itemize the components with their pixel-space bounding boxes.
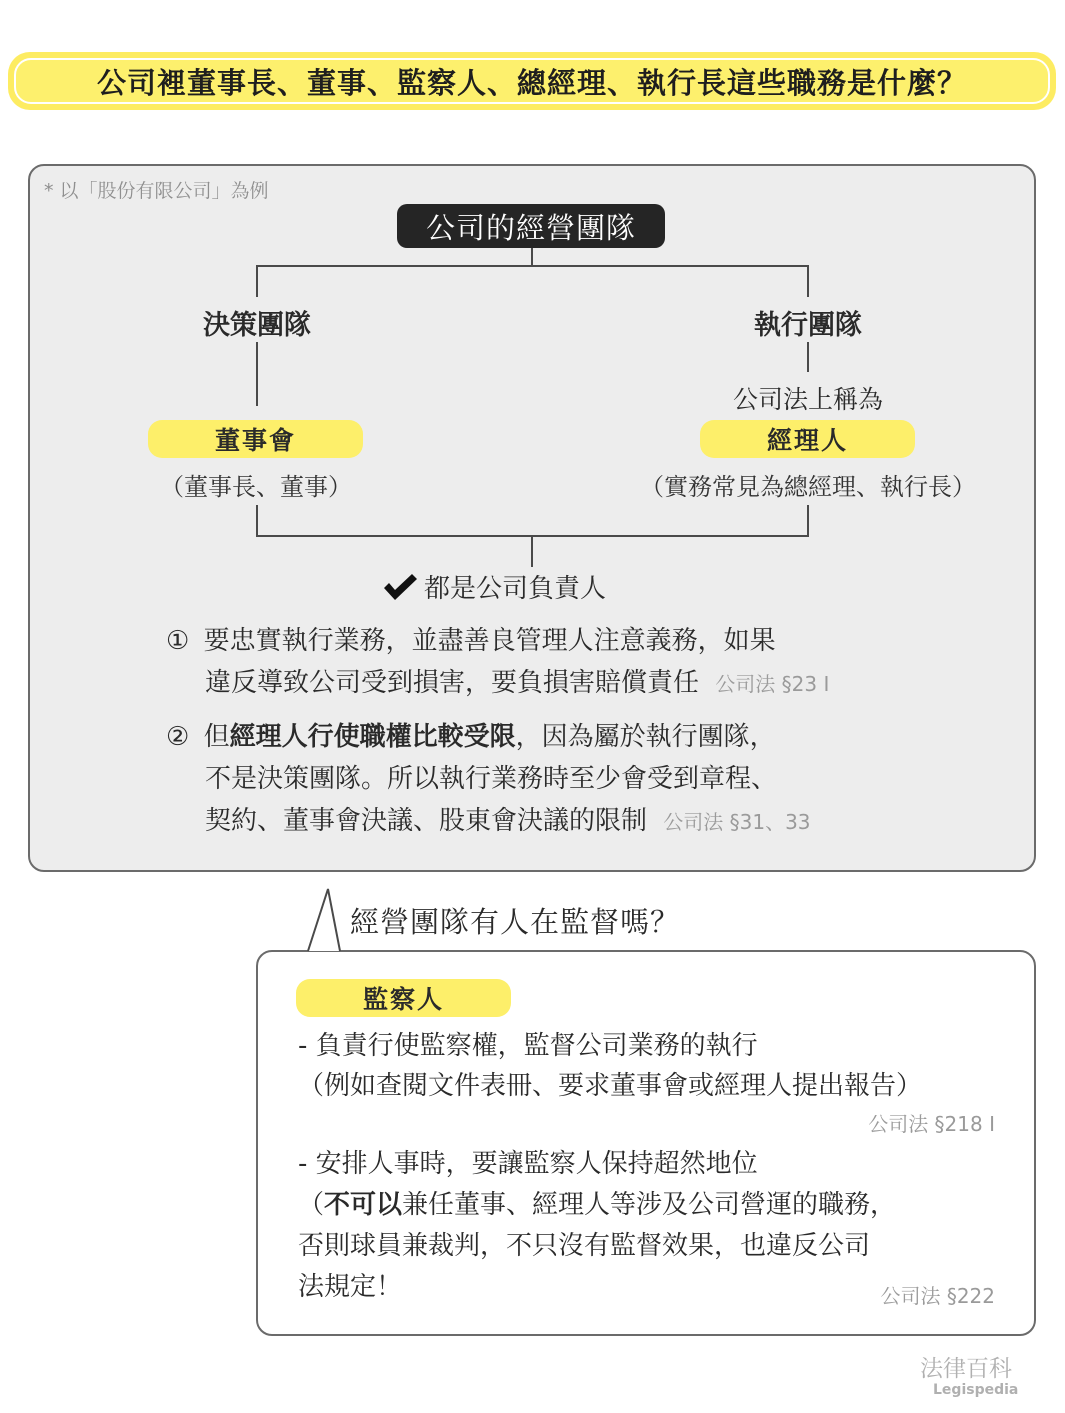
board-of-directors-label: 董事會 [215,421,296,457]
duty-point-1-text: 要忠實執行業務，並盡善良管理人注意義務，如果 [204,626,776,656]
conclusion-row: 都是公司負責人 [382,568,606,605]
duty-point-1: ① 要忠實執行業務，並盡善良管理人注意義務，如果 違反導致公司受到損害，要負損害… [166,620,829,705]
duty-point-2-line3: 契約、董事會決議、股東會決議的限制 公司法 §31、33 [166,800,811,843]
legal-term-caption: 公司法上稱為 [708,380,908,416]
connector-right-mid [807,342,809,372]
supervisor-pill: 監察人 [296,979,511,1017]
supervisor-item-2-line4: 法規定！ [298,1267,896,1308]
decision-team-heading: 決策團隊 [157,303,357,342]
connector-bottom-down [531,535,533,567]
supervision-question: 經營團隊有人在監督嗎？ [350,900,680,941]
supervisor-item-2-line2: （不可以兼任董事、經理人等涉及公司營運的職務， [298,1185,896,1226]
root-node-management-team: 公司的經營團隊 [397,204,665,248]
duty-point-2-line2: 不是決策團隊。所以執行業務時至少會受到章程、 [166,758,811,800]
citation-art-23: 公司法 §23 I [715,672,829,696]
duty-point-1-line1: ① 要忠實執行業務，並盡善良管理人注意義務，如果 [166,620,829,662]
brand-logo-en: Legispedia [933,1382,1018,1398]
duty-point-2-suffix: ，因為屬於執行團隊， [516,722,776,752]
connector-left-mid [256,342,258,406]
title-banner: 公司裡董事長、董事、監察人、總經理、執行長這些職務是什麼？ [8,52,1056,110]
supervisor-item-2-line3: 否則球員兼裁判，不只沒有監督效果，也違反公司 [298,1226,896,1267]
duty-point-1-text-2: 違反導致公司受到損害，要負損害賠償責任 [205,668,699,698]
point-marker-2: ② [166,722,189,752]
brand-logo-zh: 法律百科 [920,1350,1012,1383]
connector-left-down [256,265,258,297]
manager-examples-note: （實務常見為總經理、執行長） [608,467,1008,502]
manager-pill: 經理人 [700,420,915,458]
connector-right-bottom [807,505,809,537]
supervisor-item-2-suffix: 兼任董事、經理人等涉及公司營運的職務， [402,1190,896,1220]
conclusion-text: 都是公司負責人 [424,568,606,605]
citation-art-31-33: 公司法 §31、33 [663,810,810,834]
citation-art-222: 公司法 §222 [880,1280,995,1309]
connector-left-bottom [256,505,258,537]
connector-top-horizontal [256,265,809,267]
manager-label: 經理人 [767,421,848,457]
supervisor-item-2-prefix: （ [298,1190,324,1220]
page-title: 公司裡董事長、董事、監察人、總經理、執行長這些職務是什麼？ [97,61,967,102]
connector-right-down [807,265,809,297]
duty-point-2-text-2: 不是決策團隊。所以執行業務時至少會受到章程、 [205,764,777,794]
supervisor-item-2-emphasis: 不可以 [324,1190,402,1220]
checkmark-icon [382,572,418,602]
board-members-note: （董事長、董事） [146,467,366,502]
duty-point-2: ② 但經理人行使職權比較受限，因為屬於執行團隊， 不是決策團隊。所以執行業務時至… [166,716,811,843]
citation-art-218: 公司法 §218 I [868,1108,995,1137]
root-node-label: 公司的經營團隊 [426,206,636,247]
duty-point-1-line2: 違反導致公司受到損害，要負損害賠償責任 公司法 §23 I [166,662,829,705]
supervisor-item-2: - 安排人事時，要讓監察人保持超然地位 （不可以兼任董事、經理人等涉及公司營運的… [298,1144,896,1308]
example-note: * 以「股份有限公司」為例 [44,176,269,203]
supervisor-label: 監察人 [363,980,444,1016]
executive-team-heading: 執行團隊 [708,303,908,342]
board-of-directors-pill: 董事會 [148,420,363,458]
point-marker-1: ① [166,626,189,656]
duty-point-2-prefix: 但 [204,722,230,752]
title-banner-inner: 公司裡董事長、董事、監察人、總經理、執行長這些職務是什麼？ [14,58,1050,104]
duty-point-2-line1: ② 但經理人行使職權比較受限，因為屬於執行團隊， [166,716,811,758]
duty-point-2-emphasis: 經理人行使職權比較受限 [230,722,516,752]
supervisor-item-1-line1: - 負責行使監察權，監督公司業務的執行 [298,1026,922,1066]
supervisor-item-2-line1: - 安排人事時，要讓監察人保持超然地位 [298,1144,896,1185]
supervisor-item-1: - 負責行使監察權，監督公司業務的執行 （例如查閱文件表冊、要求董事會或經理人提… [298,1026,922,1106]
supervisor-item-1-line2: （例如查閱文件表冊、要求董事會或經理人提出報告） [298,1066,922,1106]
duty-point-2-text-3: 契約、董事會決議、股東會決議的限制 [205,806,647,836]
